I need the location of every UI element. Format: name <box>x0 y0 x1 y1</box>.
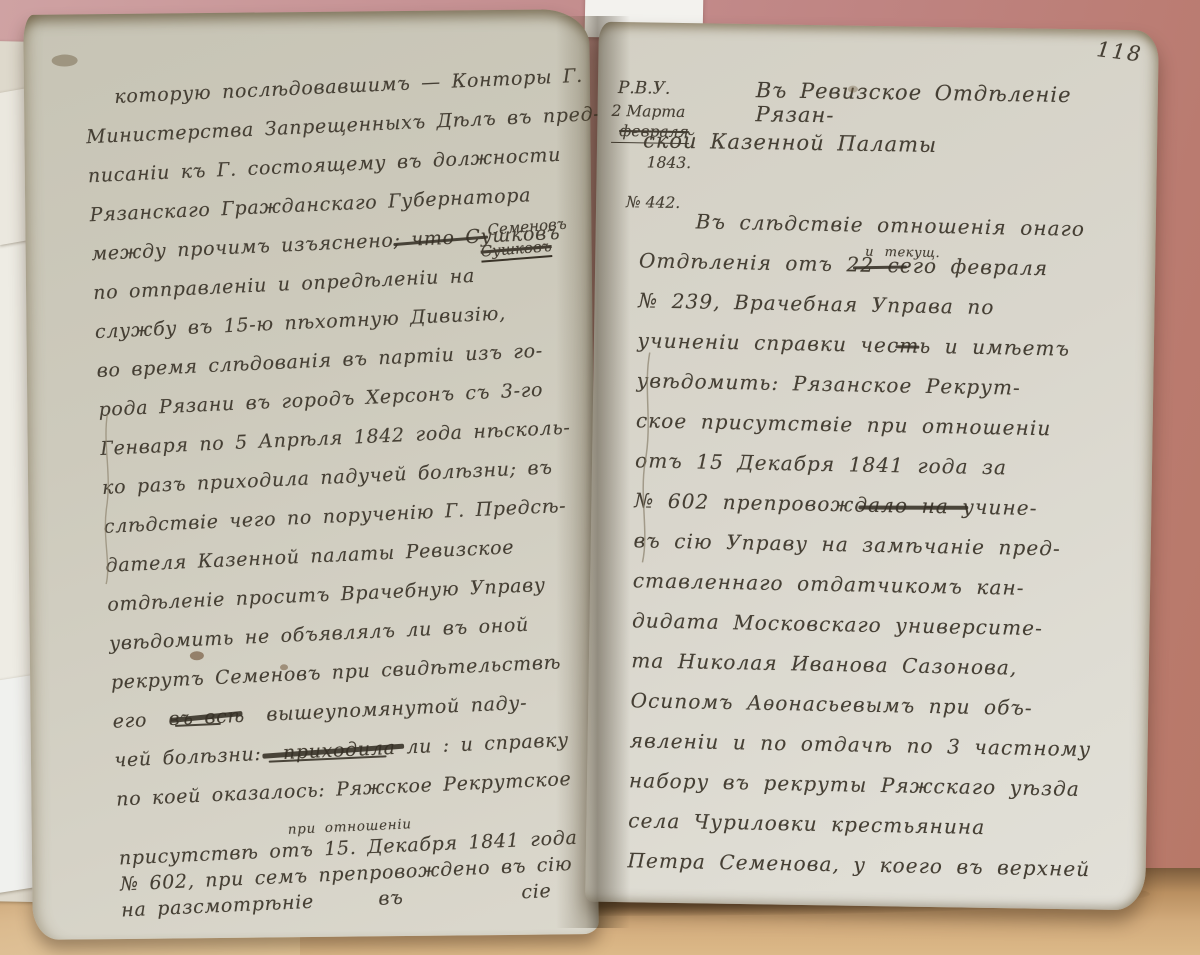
register-initials: Р.В.У. <box>612 78 752 104</box>
manuscript-line: во время слѣдованія въ партіи изъ го- <box>96 339 588 382</box>
manuscript-line: ское присутствіе при отношеніи <box>636 410 1141 441</box>
manuscript-line: явленіи и по отдачѣ по 3 частному <box>630 730 1135 761</box>
manuscript-line: рекрутъ Семеновъ при свидѣтельствѣ <box>110 650 602 693</box>
manuscript-line: Осипомъ Аѳонасьевымъ при объ- <box>630 690 1135 721</box>
ink-stain <box>52 54 78 66</box>
ink-stain <box>280 664 288 670</box>
manuscript-line: въ сію Управу на замѣчаніе пред- <box>633 530 1138 561</box>
interlinear-note: и текущ. <box>865 245 940 261</box>
left-page-text: которую послѣдовавшимъ — Конторы Г. Мини… <box>84 66 614 926</box>
manuscript-line: отдѣленіе проситъ Врачебную Управу <box>107 573 599 616</box>
manuscript-line: дидата Московскаго университе- <box>632 610 1137 641</box>
manuscript-line: Петра Семенова, у коего въ верхней <box>627 850 1132 881</box>
manuscript-line: по коей оказалось: Ряжское Рекрутское <box>116 767 608 810</box>
manuscript-line: дателя Казенной палаты Ревизское <box>105 534 597 577</box>
left-page: которую послѣдовавшимъ — Конторы Г. Мини… <box>23 9 599 940</box>
manuscript-line: ко разъ приходила падучей болѣзни; въ <box>102 456 594 499</box>
manuscript-line: набору въ рекруты Ряжскаго уѣзда <box>629 770 1134 801</box>
manuscript-line: № 239, Врачебная Управа по <box>638 290 1143 321</box>
right-page: 118 Р.В.У. 2 Марта февраля 1843. № 442. … <box>585 22 1159 911</box>
document-heading: Въ Ревизское Отдѣленіе Рязан- <box>755 78 1158 132</box>
page-number: 118 <box>1095 37 1144 66</box>
manuscript-line: Въ слѣдствіе отношенія онаго <box>640 210 1145 241</box>
manuscript-line: та Николая Иванова Сазонова, <box>631 650 1136 681</box>
register-date: 2 Марта <box>611 102 751 124</box>
manuscript-line: учиненіи справки честь и имѣетъ <box>637 330 1142 361</box>
manuscript-line: по отправленіи и опредѣленіи на <box>93 261 585 304</box>
manuscript-line: увѣдомить не объявлялъ ли въ оной <box>109 611 601 654</box>
manuscript-line: писаніи къ Г. состоящему въ должности <box>87 144 579 187</box>
manuscript-line: Министерства Запрещенныхъ Дѣлъ въ пред- <box>86 105 578 148</box>
paper-crease <box>97 414 119 584</box>
paper-crease <box>634 352 659 562</box>
ink-strikethrough <box>858 506 968 510</box>
document-heading: ской Казенной Палаты <box>643 128 937 157</box>
manuscript-line: Генваря по 5 Апрѣля 1842 года нѣсколь- <box>100 417 592 460</box>
register-year: 1843. <box>611 153 751 177</box>
manuscript-line: рода Рязани въ городъ Херсонъ съ 3-го <box>98 378 590 421</box>
manuscript-line: ставленнаго отдатчикомъ кан- <box>633 570 1138 601</box>
manuscript-line: увѣдомить: Рязанское Рекрут- <box>637 370 1142 401</box>
manuscript-line: слѣдствіе чего по порученію Г. Предсѣ- <box>103 495 595 538</box>
book-gutter-shadow <box>556 16 630 928</box>
manuscript-photo: которую послѣдовавшимъ — Конторы Г. Мини… <box>0 0 1200 955</box>
manuscript-line: села Чуриловки крестьянина <box>628 810 1133 841</box>
manuscript-line: которую послѣдовавшимъ — Конторы Г. <box>84 66 576 109</box>
manuscript-line: службу въ 15-ю пѣхотную Дивизію, <box>95 300 587 343</box>
ink-strikethrough <box>895 345 919 348</box>
manuscript-line: отъ 15 Декабря 1841 года за <box>635 450 1140 481</box>
right-page-text: и текущ. Въ слѣдствіе отношенія онаго От… <box>627 210 1145 900</box>
ink-stain <box>848 86 858 93</box>
